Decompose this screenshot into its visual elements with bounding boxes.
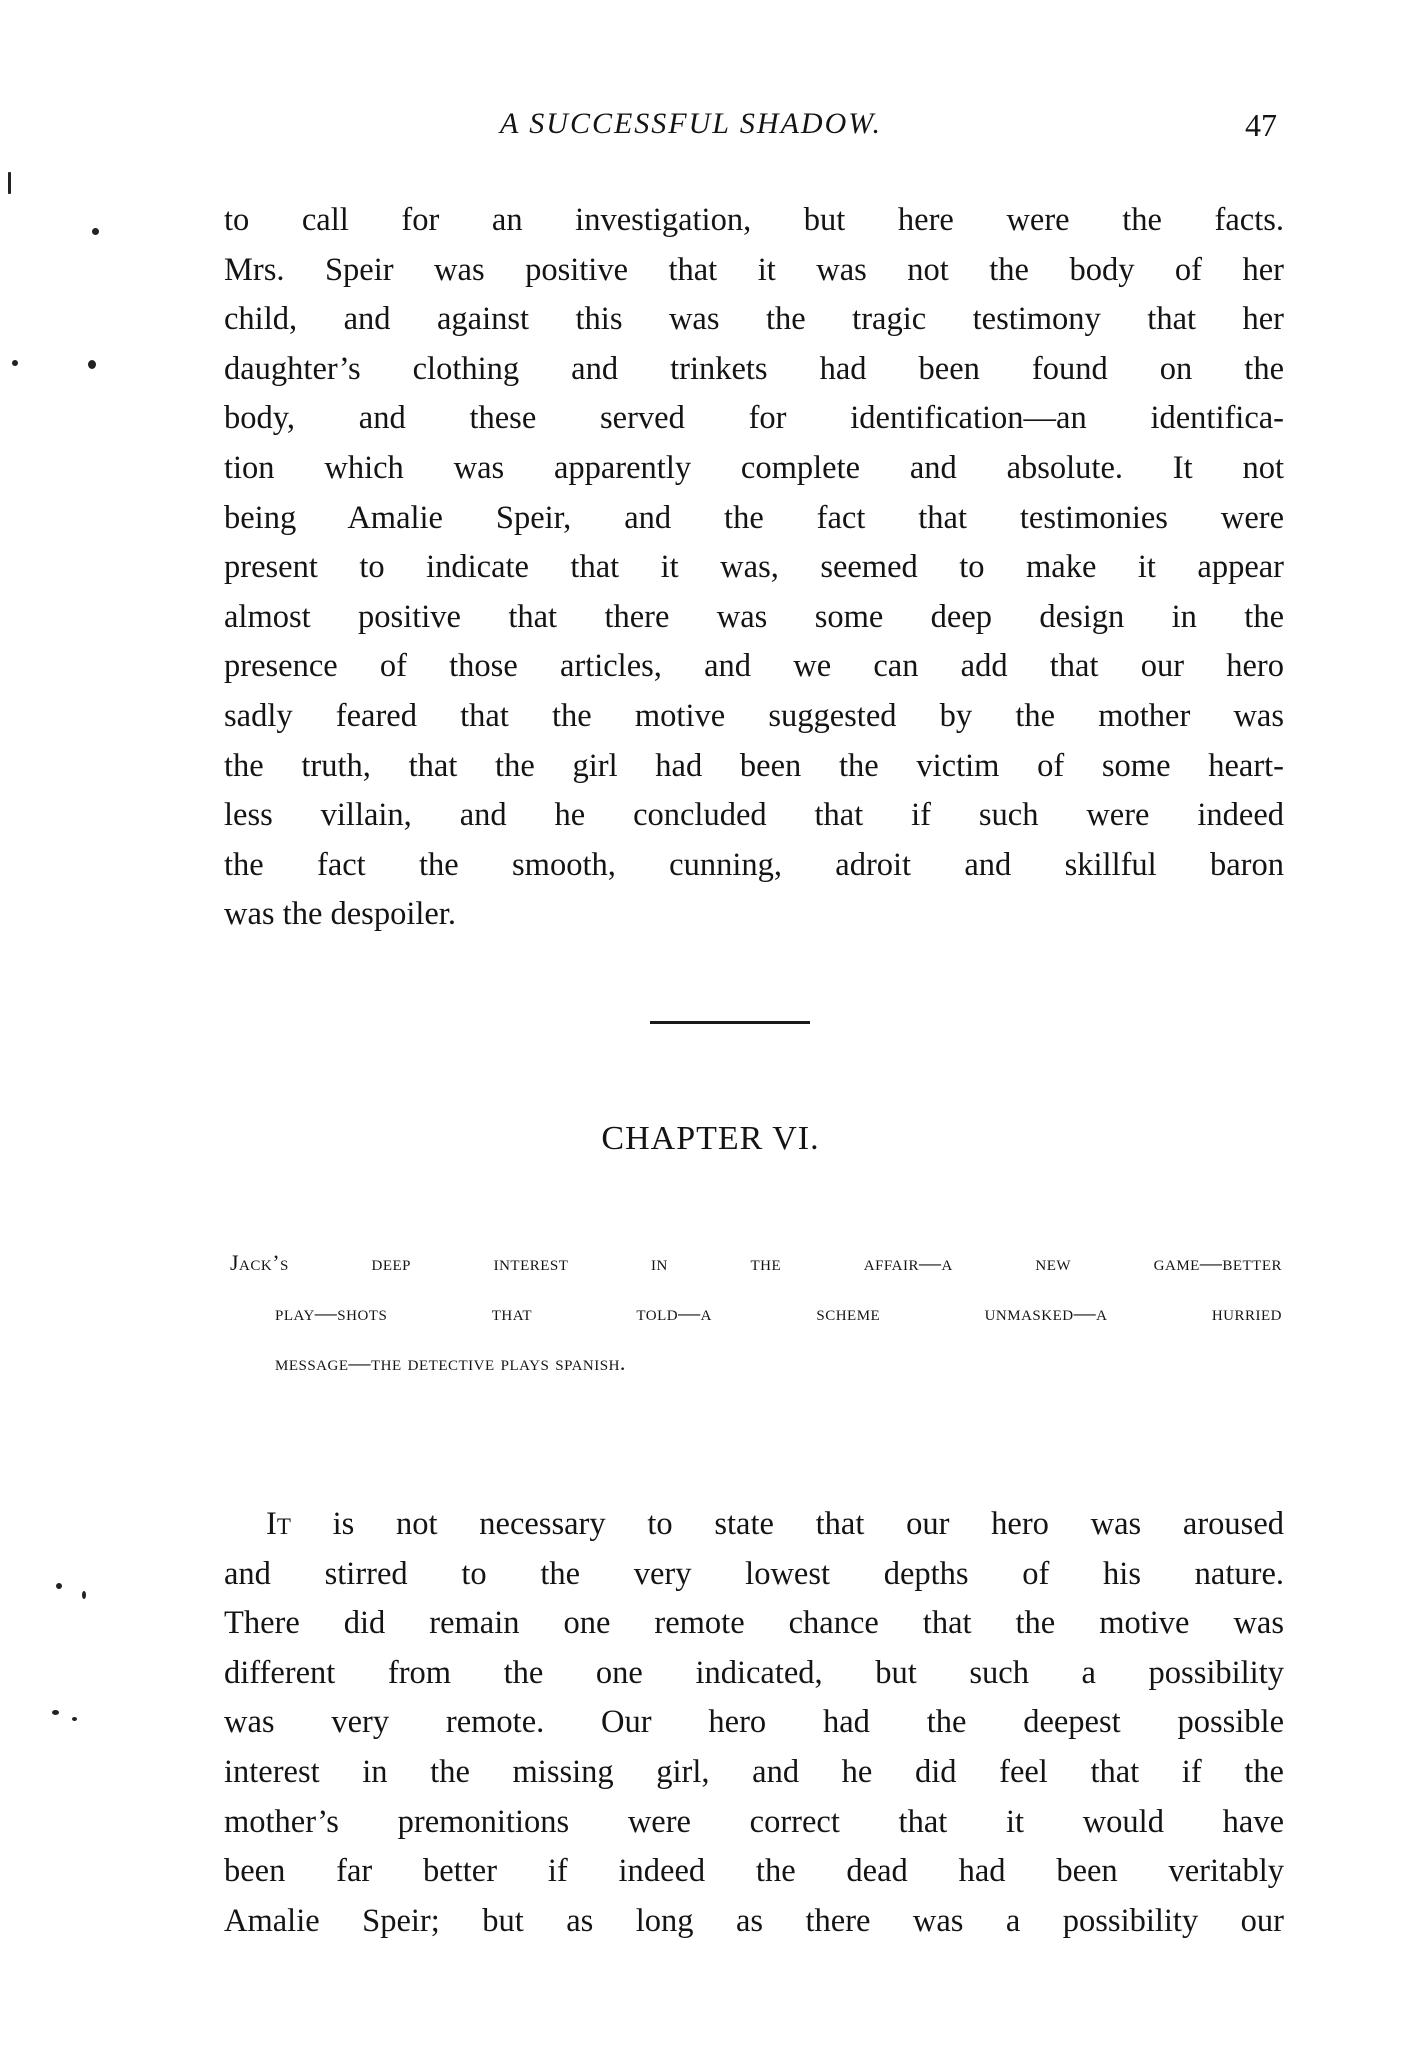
drop-word: It: [266, 1506, 291, 1542]
summary-line: play—shots that told—a scheme unmasked—a…: [230, 1288, 1282, 1338]
text-line: was very remote. Our hero had the deepes…: [224, 1698, 1284, 1748]
text-line: tion which was apparently complete and a…: [224, 444, 1284, 494]
text-line: presence of those articles, and we can a…: [224, 642, 1284, 692]
text-line: to call for an investigation, but here w…: [224, 196, 1284, 246]
text-line: daughter’s clothing and trinkets had bee…: [224, 345, 1284, 395]
chapter-title: CHAPTER VI.: [0, 1120, 1421, 1158]
text-line: different from the one indicated, but su…: [224, 1649, 1284, 1699]
text-line: almost positive that there was some deep…: [224, 593, 1284, 643]
section-divider-rule: [650, 1021, 810, 1024]
text-line: been far better if indeed the dead had b…: [224, 1847, 1284, 1897]
chapter-summary: Jack’s deep interest in the affair—a new…: [230, 1238, 1282, 1388]
text-line: Amalie Speir; but as long as there was a…: [224, 1897, 1284, 1947]
text-line: the truth, that the girl had been the vi…: [224, 742, 1284, 792]
scan-speck: [56, 1583, 62, 1589]
text-line: and stirred to the very lowest depths of…: [224, 1550, 1284, 1600]
text-line: body, and these served for identificatio…: [224, 394, 1284, 444]
summary-line: Jack’s deep interest in the affair—a new…: [230, 1238, 1282, 1288]
scan-speck: [12, 360, 18, 366]
scan-speck: [52, 1710, 59, 1715]
text-line: less villain, and he concluded that if s…: [224, 791, 1284, 841]
text-line: Mrs. Speir was positive that it was not …: [224, 246, 1284, 296]
text-line: sadly feared that the motive suggested b…: [224, 692, 1284, 742]
scan-speck: [92, 228, 99, 235]
text-line: mother’s premonitions were correct that …: [224, 1798, 1284, 1848]
summary-line: message—the detective plays spanish.: [230, 1338, 1282, 1388]
text-line-rest: is not necessary to state that our hero …: [291, 1506, 1284, 1542]
scan-speck: [88, 360, 96, 369]
text-line: was the despoiler.: [224, 890, 1284, 940]
text-line: It is not necessary to state that our he…: [224, 1500, 1284, 1550]
running-title: A SUCCESSFUL SHADOW.: [500, 107, 882, 141]
paragraph-continued: to call for an investigation, but here w…: [224, 196, 1284, 940]
text-line: child, and against this was the tragic t…: [224, 295, 1284, 345]
text-line: the fact the smooth, cunning, adroit and…: [224, 841, 1284, 891]
text-line: being Amalie Speir, and the fact that te…: [224, 494, 1284, 544]
scan-speck: [82, 1591, 86, 1599]
page-number: 47: [1245, 107, 1277, 144]
paragraph-opening: It is not necessary to state that our he…: [224, 1500, 1284, 1946]
text-line: present to indicate that it was, seemed …: [224, 543, 1284, 593]
text-line: There did remain one remote chance that …: [224, 1599, 1284, 1649]
text-line: interest in the missing girl, and he did…: [224, 1748, 1284, 1798]
scan-speck: [8, 172, 11, 194]
running-head: A SUCCESSFUL SHADOW. 47: [0, 107, 1421, 147]
scan-speck: [72, 1717, 77, 1721]
